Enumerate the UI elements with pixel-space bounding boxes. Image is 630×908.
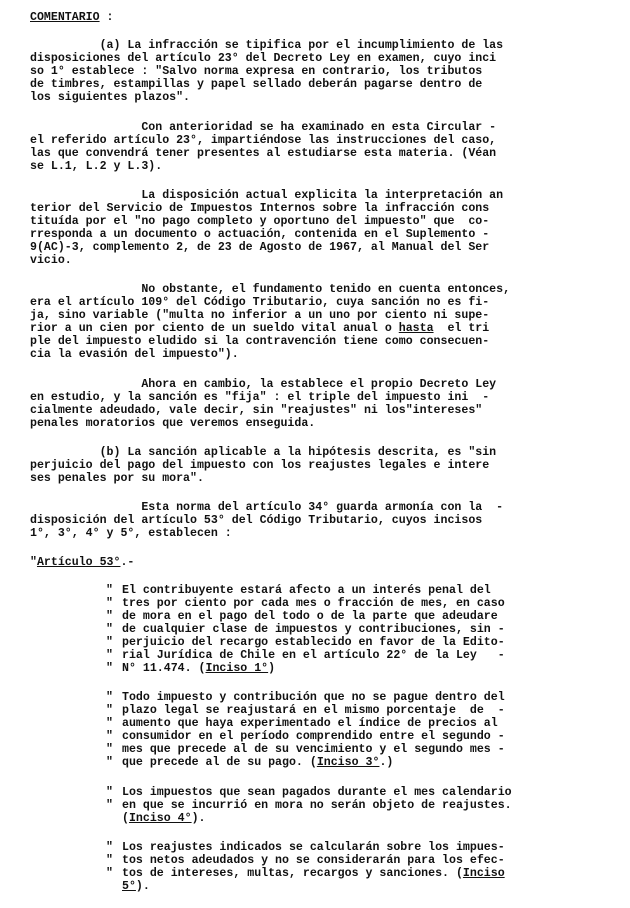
emphasis-hasta: hasta <box>399 322 434 335</box>
article-title: "Artículo 53°.- <box>30 556 134 569</box>
inciso-ref: Inciso 4° <box>129 812 192 825</box>
inciso-ref: Inciso <box>463 867 505 880</box>
heading-title: COMENTARIO <box>30 11 100 24</box>
inciso-ref: Inciso 3° <box>317 756 380 769</box>
heading: COMENTARIO : <box>30 11 114 24</box>
inciso-ref: 5° <box>122 880 136 893</box>
inciso-ref: Inciso 1° <box>206 662 269 675</box>
